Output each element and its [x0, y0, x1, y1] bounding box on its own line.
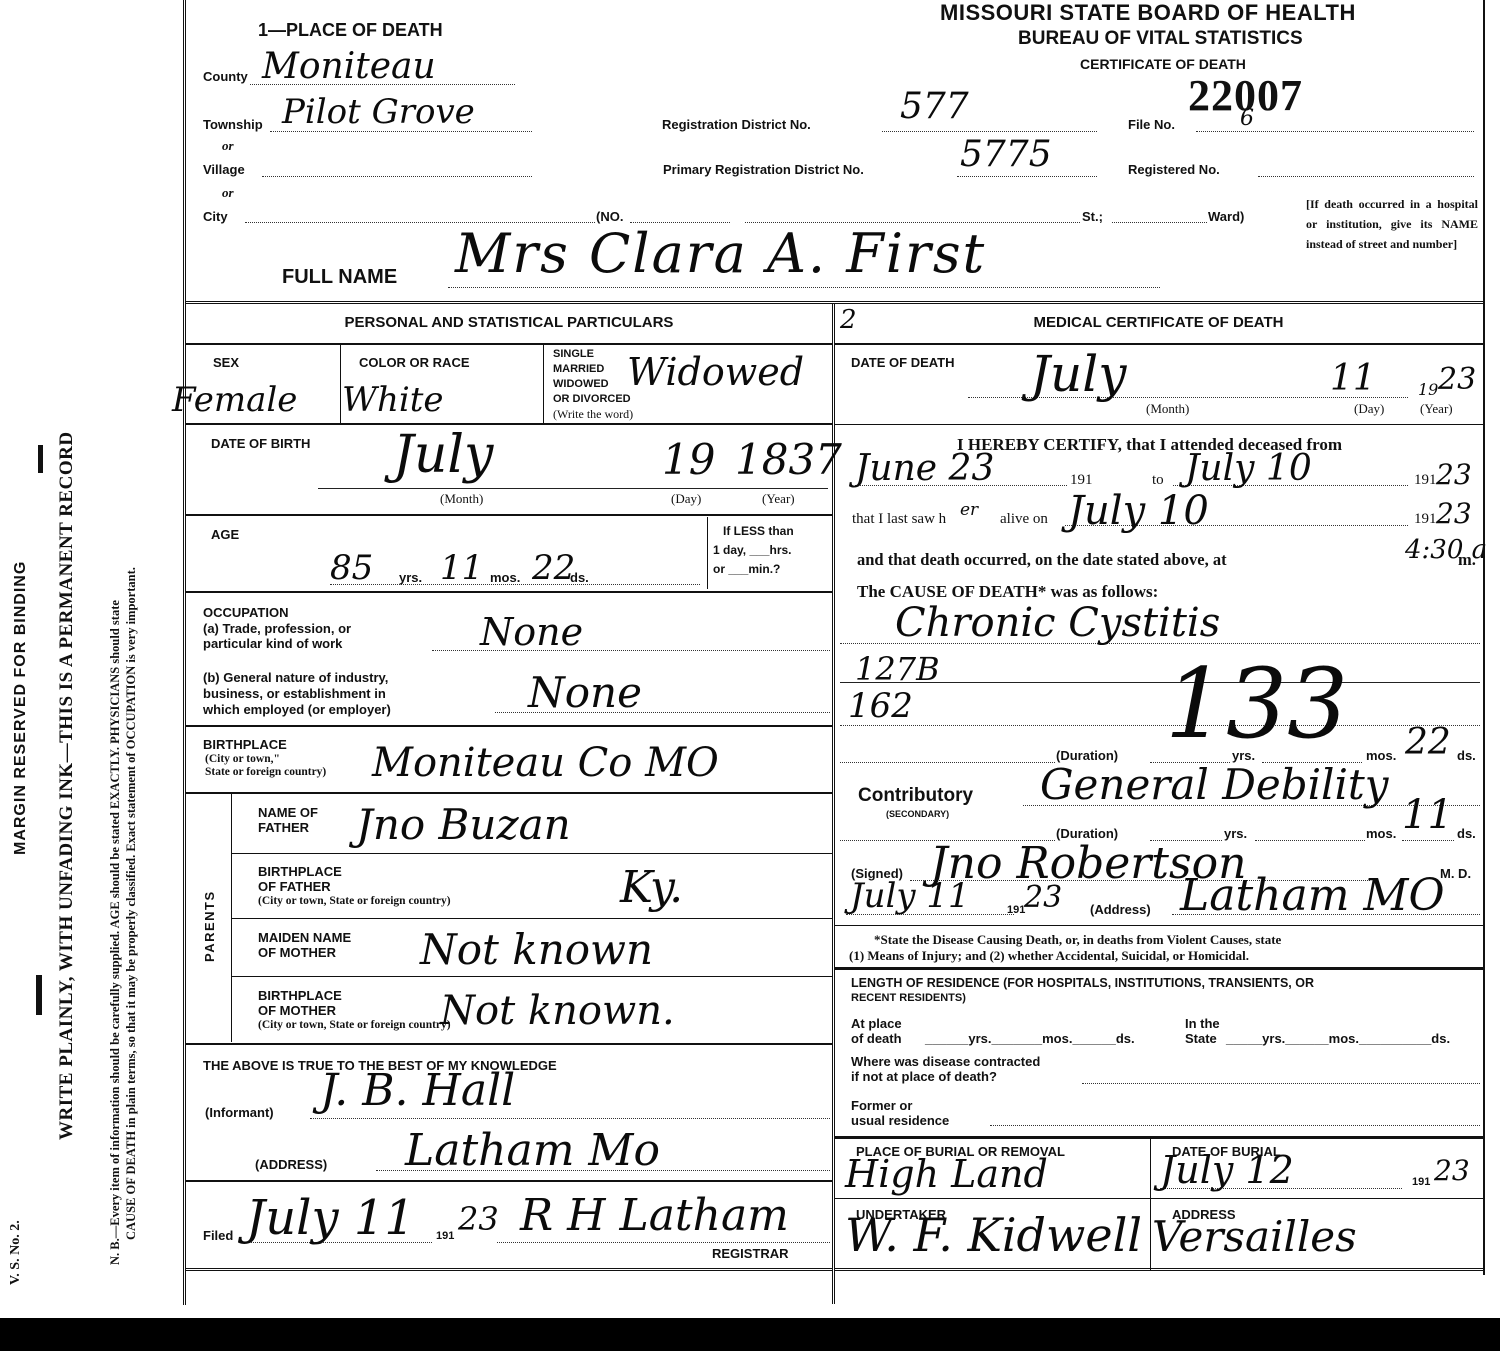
- dob-day-value[interactable]: 19: [662, 435, 715, 484]
- contracted-label-1: Where was disease contracted: [851, 1054, 1040, 1069]
- bureau-subtitle: BUREAU OF VITAL STATISTICS: [1018, 28, 1303, 50]
- board-title: MISSOURI STATE BOARD OF HEALTH: [940, 0, 1356, 26]
- contrib-duration-months-line: [1255, 840, 1365, 841]
- less-than-line-2: 1 day, ___hrs.: [713, 541, 794, 560]
- dob-month-value[interactable]: July: [393, 425, 493, 485]
- dob-line: [318, 488, 828, 489]
- death-year-caption: (Year): [1420, 401, 1453, 417]
- dob-label: DATE OF BIRTH: [211, 436, 310, 451]
- mother-birthplace-label-1: BIRTHPLACE: [258, 988, 342, 1003]
- age-days-value[interactable]: 22: [532, 548, 575, 588]
- residence-title-2: RECENT RESIDENTS): [851, 992, 966, 1004]
- occupation-b-line-1: (b) General nature of industry,: [203, 670, 391, 686]
- rule: [185, 725, 832, 727]
- signed-date-value[interactable]: July 11: [850, 876, 970, 916]
- father-name-label-1: NAME OF: [258, 805, 318, 820]
- rule: [543, 343, 544, 423]
- cause-line-3: [840, 725, 1480, 726]
- death-year-value[interactable]: 23: [1438, 362, 1476, 397]
- rule: [835, 1268, 1483, 1271]
- time-suffix: m.: [1458, 550, 1476, 570]
- birthplace-hint: (City or town," State or foreign country…: [205, 753, 326, 779]
- occupation-b-value[interactable]: None: [528, 668, 642, 717]
- birthplace-hint-2: State or foreign country): [205, 766, 326, 779]
- informant-label: (Informant): [205, 1105, 274, 1120]
- father-birthplace-label-2: OF FATHER: [258, 879, 342, 894]
- rule: [835, 1136, 1483, 1139]
- duration-line: [840, 762, 1055, 763]
- file-number-annotation: 6: [1240, 106, 1254, 131]
- contracted-label: Where was disease contracted if not at p…: [851, 1054, 1040, 1084]
- at-place-fields[interactable]: ______yrs._______mos.______ds.: [925, 1031, 1135, 1046]
- last-saw-alive-on: alive on: [1000, 511, 1048, 528]
- contracted-field[interactable]: [1082, 1083, 1480, 1084]
- contributory-label: Contributory: [858, 785, 973, 807]
- former-residence-label-2: usual residence: [851, 1113, 949, 1128]
- informant-address-value[interactable]: Latham Mo: [405, 1125, 660, 1176]
- death-day-caption: (Day): [1354, 401, 1384, 417]
- signed-year-value[interactable]: 23: [1024, 880, 1062, 915]
- rule: [835, 424, 1483, 425]
- form-right-border: [1483, 0, 1485, 1275]
- day-caption: (Day): [671, 491, 701, 507]
- mother-name-label-1: MAIDEN NAME: [258, 930, 351, 945]
- registration-district-label: Registration District No.: [662, 117, 811, 132]
- rule: [231, 792, 232, 1042]
- less-than-line-3: or ___min.?: [713, 560, 794, 579]
- registration-district-line: [882, 131, 1097, 132]
- contrib-duration-months-label: mos.: [1366, 826, 1396, 841]
- birthplace-label: BIRTHPLACE: [203, 737, 287, 752]
- rule: [1150, 1138, 1151, 1270]
- form-number: V. S. No. 2.: [8, 1220, 24, 1285]
- occupation-b-line-2: business, or establishment in: [203, 686, 391, 702]
- rule: [185, 1043, 832, 1045]
- former-residence-field[interactable]: [990, 1125, 1480, 1126]
- last-saw-date-value[interactable]: July 10: [1068, 488, 1209, 534]
- binding-marker-top: [38, 445, 43, 473]
- death-certificate-page: MARGIN RESERVED FOR BINDING WRITE PLAINL…: [0, 0, 1500, 1318]
- at-place-label-2: of death: [851, 1031, 902, 1046]
- at-place-label: At place of death: [851, 1016, 902, 1046]
- township-value[interactable]: Pilot Grove: [282, 92, 475, 132]
- father-birthplace-value[interactable]: Ky.: [620, 862, 683, 913]
- contributory-value[interactable]: General Debility: [1040, 760, 1389, 809]
- burial-place-value[interactable]: High Land: [845, 1152, 1048, 1196]
- permanent-record-instruction: WRITE PLAINLY, WITH UNFADING INK—THIS IS…: [56, 431, 78, 1140]
- death-month-value[interactable]: July: [1030, 345, 1126, 403]
- cause-of-death-label: The CAUSE OF DEATH* was as follows:: [857, 582, 1158, 602]
- registrar-label: REGISTRAR: [712, 1246, 789, 1261]
- rule: [835, 967, 1483, 970]
- father-birthplace-hint: (City or town, State or foreign country): [258, 895, 451, 907]
- village-label: Village: [203, 162, 245, 177]
- village-field[interactable]: [262, 176, 532, 177]
- dob-year-value[interactable]: 1837: [735, 435, 842, 484]
- in-state-label-2: State: [1185, 1031, 1220, 1046]
- in-state-fields[interactable]: _____yrs.______mos.__________ds.: [1226, 1031, 1450, 1046]
- or-label-2: or: [222, 185, 234, 201]
- contrib-duration-days-label: ds.: [1457, 826, 1476, 841]
- registered-number-field[interactable]: [1258, 176, 1474, 177]
- informant-line: [310, 1118, 830, 1119]
- in-state-label: In the State: [1185, 1016, 1220, 1046]
- rule: [232, 853, 832, 854]
- rule: [835, 925, 1483, 926]
- file-number-label: File No.: [1128, 117, 1175, 132]
- to-label: to: [1152, 472, 1164, 489]
- rule: [185, 1180, 832, 1182]
- place-of-death-heading: 1—PLACE OF DEATH: [258, 20, 443, 41]
- option-divorced: OR DIVORCED: [553, 392, 631, 407]
- attended-to-year-prefix: 191: [1414, 472, 1437, 489]
- footnote-line-1: *State the Disease Causing Death, or, in…: [874, 932, 1281, 948]
- full-name-line: [448, 287, 1160, 288]
- last-saw-year-value[interactable]: 23: [1436, 497, 1472, 530]
- mother-birthplace-label-2: OF MOTHER: [258, 1003, 342, 1018]
- in-state-label-1: In the: [1185, 1016, 1220, 1031]
- county-value[interactable]: Moniteau: [262, 46, 436, 87]
- rule: [185, 591, 832, 593]
- date-of-death-label: DATE OF DEATH: [851, 355, 955, 370]
- personal-section-title: PERSONAL AND STATISTICAL PARTICULARS: [186, 314, 832, 331]
- burial-year-prefix: 191: [1412, 1176, 1430, 1188]
- rule: [232, 976, 832, 977]
- rule: [707, 517, 708, 589]
- burial-year-value[interactable]: 23: [1434, 1154, 1470, 1187]
- rule: [340, 343, 341, 423]
- rule: [835, 1198, 1483, 1199]
- father-name-label-2: FATHER: [258, 820, 318, 835]
- attended-to-value[interactable]: July 10: [1185, 448, 1312, 489]
- color-race-value[interactable]: White: [342, 380, 444, 420]
- former-residence-label: Former or usual residence: [851, 1098, 949, 1128]
- birthplace-hint-1: (City or town,": [205, 753, 326, 766]
- cause-code: 133: [1165, 648, 1348, 760]
- death-month-caption: (Month): [1146, 401, 1189, 417]
- primary-district-label: Primary Registration District No.: [663, 162, 864, 177]
- age-days-label: ds.: [570, 570, 589, 585]
- marital-status-options: SINGLE MARRIED WIDOWED OR DIVORCED: [553, 347, 631, 407]
- rule: [185, 514, 832, 516]
- less-than-line-1: If LESS than: [713, 522, 794, 541]
- street-label: St.;: [1082, 209, 1103, 224]
- contracted-label-2: if not at place of death?: [851, 1069, 1040, 1084]
- attended-from-value[interactable]: June 23: [855, 448, 994, 489]
- former-residence-label-1: Former or: [851, 1098, 949, 1113]
- mother-name-label: MAIDEN NAME OF MOTHER: [258, 930, 351, 960]
- at-place-label-1: At place: [851, 1016, 902, 1031]
- birthplace-value[interactable]: Moniteau Co MO: [372, 740, 719, 786]
- physician-address-label: (Address): [1090, 902, 1151, 917]
- age-months-value[interactable]: 11: [440, 548, 483, 588]
- full-name-value[interactable]: Mrs Clara A. First: [455, 222, 986, 285]
- sex-label: SEX: [213, 355, 239, 370]
- undertaker-address-value[interactable]: Versailles: [1152, 1212, 1357, 1261]
- medical-section-title: MEDICAL CERTIFICATE OF DEATH: [836, 314, 1481, 331]
- death-day-value[interactable]: 11: [1330, 358, 1376, 399]
- burial-date-value[interactable]: July 12: [1160, 1148, 1294, 1192]
- mother-birthplace-label: BIRTHPLACE OF MOTHER: [258, 988, 342, 1018]
- occupation-a-value[interactable]: None: [480, 610, 583, 654]
- occupation-b-label: (b) General nature of industry, business…: [203, 670, 391, 718]
- cause-duration-days-label: ds.: [1457, 748, 1476, 763]
- father-name-label: NAME OF FATHER: [258, 805, 318, 835]
- or-label-1: or: [222, 138, 234, 154]
- option-widowed: WIDOWED: [553, 377, 631, 392]
- marital-hint: (Write the word): [553, 407, 633, 422]
- age-years-label: yrs.: [399, 570, 422, 585]
- last-saw-year-prefix: 191: [1414, 511, 1437, 528]
- ward-field[interactable]: [1112, 222, 1207, 223]
- month-caption: (Month): [440, 491, 483, 507]
- marital-status-value[interactable]: Widowed: [627, 350, 804, 394]
- occupation-label: OCCUPATION: [203, 605, 288, 620]
- last-saw-pronoun[interactable]: er: [960, 500, 978, 520]
- registration-district-value[interactable]: 577: [900, 86, 969, 127]
- informant-value[interactable]: J. B. Hall: [320, 1065, 515, 1116]
- last-saw-prefix: that I last saw h: [852, 511, 946, 528]
- cause-line-3-value[interactable]: 162: [848, 686, 913, 726]
- attended-to-year-value[interactable]: 23: [1436, 458, 1472, 491]
- death-occurred-text: and that death occurred, on the date sta…: [857, 550, 1227, 570]
- father-name-value[interactable]: Jno Buzan: [356, 800, 571, 849]
- cause-line-2-value[interactable]: 127B: [855, 650, 940, 688]
- scan-border: [0, 1318, 1500, 1351]
- filed-date-value[interactable]: July 11: [246, 1190, 415, 1246]
- mother-name-value[interactable]: Not known: [420, 925, 653, 974]
- cause-duration-days-value[interactable]: 22: [1405, 722, 1451, 763]
- death-year-prefix: 19: [1418, 380, 1438, 399]
- county-label: County: [203, 69, 248, 84]
- attended-from-year: 191: [1070, 472, 1093, 489]
- rule: [185, 1268, 832, 1271]
- age-years-value[interactable]: 85: [330, 548, 373, 588]
- undertaker-value[interactable]: W. F. Kidwell: [845, 1208, 1142, 1262]
- occupation-a-line-1: (a) Trade, profession, or: [203, 621, 351, 636]
- year-caption: (Year): [762, 491, 795, 507]
- instructions-note-line-1: N. B.—Every item of information should b…: [108, 600, 123, 1265]
- rule: [185, 423, 832, 425]
- occupation-a-label: (a) Trade, profession, or particular kin…: [203, 621, 351, 651]
- age-label: AGE: [211, 527, 239, 542]
- contrib-duration-days-field[interactable]: [1402, 840, 1454, 841]
- rule: [185, 792, 832, 794]
- sex-value[interactable]: Female: [172, 380, 297, 420]
- binding-marker: [36, 975, 42, 1015]
- rule: [185, 343, 832, 345]
- secondary-label: (SECONDARY): [886, 809, 949, 819]
- age-months-label: mos.: [490, 570, 520, 585]
- contrib-duration-months-value[interactable]: 11: [1402, 792, 1453, 838]
- city-label: City: [203, 209, 228, 224]
- filed-year-prefix: 191: [436, 1230, 454, 1242]
- binding-margin-label: MARGIN RESERVED FOR BINDING: [12, 561, 30, 855]
- primary-district-value[interactable]: 5775: [960, 134, 1052, 175]
- instructions-note-line-2: CAUSE OF DEATH in plain terms, so that i…: [124, 567, 139, 1240]
- residence-title-1: LENGTH OF RESIDENCE (FOR HOSPITALS, INST…: [851, 976, 1314, 990]
- primary-district-line: [957, 176, 1097, 177]
- rule: [232, 918, 832, 919]
- mother-birthplace-hint: (City or town, State or foreign country): [258, 1019, 451, 1031]
- registrar-line: [497, 1242, 830, 1243]
- file-number-line: [1196, 131, 1474, 132]
- cause-line-1-value[interactable]: Chronic Cystitis: [895, 600, 1220, 646]
- full-name-label: FULL NAME: [282, 266, 397, 289]
- father-birthplace-label: BIRTHPLACE OF FATHER: [258, 864, 342, 894]
- physician-address-value[interactable]: Latham MO: [1180, 870, 1445, 921]
- mother-birthplace-value[interactable]: Not known.: [440, 988, 675, 1034]
- footnote-line-2: (1) Means of Injury; and (2) whether Acc…: [849, 948, 1249, 964]
- form-left-border: [183, 0, 186, 1305]
- occupation-b-line-3: which employed (or employer): [203, 702, 391, 718]
- filed-label: Filed: [203, 1228, 233, 1243]
- option-single: SINGLE: [553, 347, 631, 362]
- father-birthplace-label-1: BIRTHPLACE: [258, 864, 342, 879]
- option-married: MARRIED: [553, 362, 631, 377]
- parents-label: PARENTS: [202, 890, 217, 962]
- hospital-note: [If death occurred in a hospital or inst…: [1306, 194, 1478, 254]
- informant-address-label: (ADDRESS): [255, 1157, 327, 1172]
- filed-year-value[interactable]: 23: [458, 1200, 499, 1238]
- township-label: Township: [203, 117, 263, 132]
- registrar-signature[interactable]: R H Latham: [520, 1190, 789, 1241]
- ward-label: Ward): [1208, 209, 1244, 224]
- less-than-day-box: If LESS than 1 day, ___hrs. or ___min.?: [713, 522, 794, 579]
- mother-name-label-2: OF MOTHER: [258, 945, 351, 960]
- occupation-a-line-2: particular kind of work: [203, 636, 351, 651]
- signed-year-prefix: 191: [1007, 904, 1025, 916]
- registered-number-label: Registered No.: [1128, 162, 1220, 177]
- rule: [835, 343, 1483, 345]
- color-race-label: COLOR OR RACE: [359, 355, 470, 370]
